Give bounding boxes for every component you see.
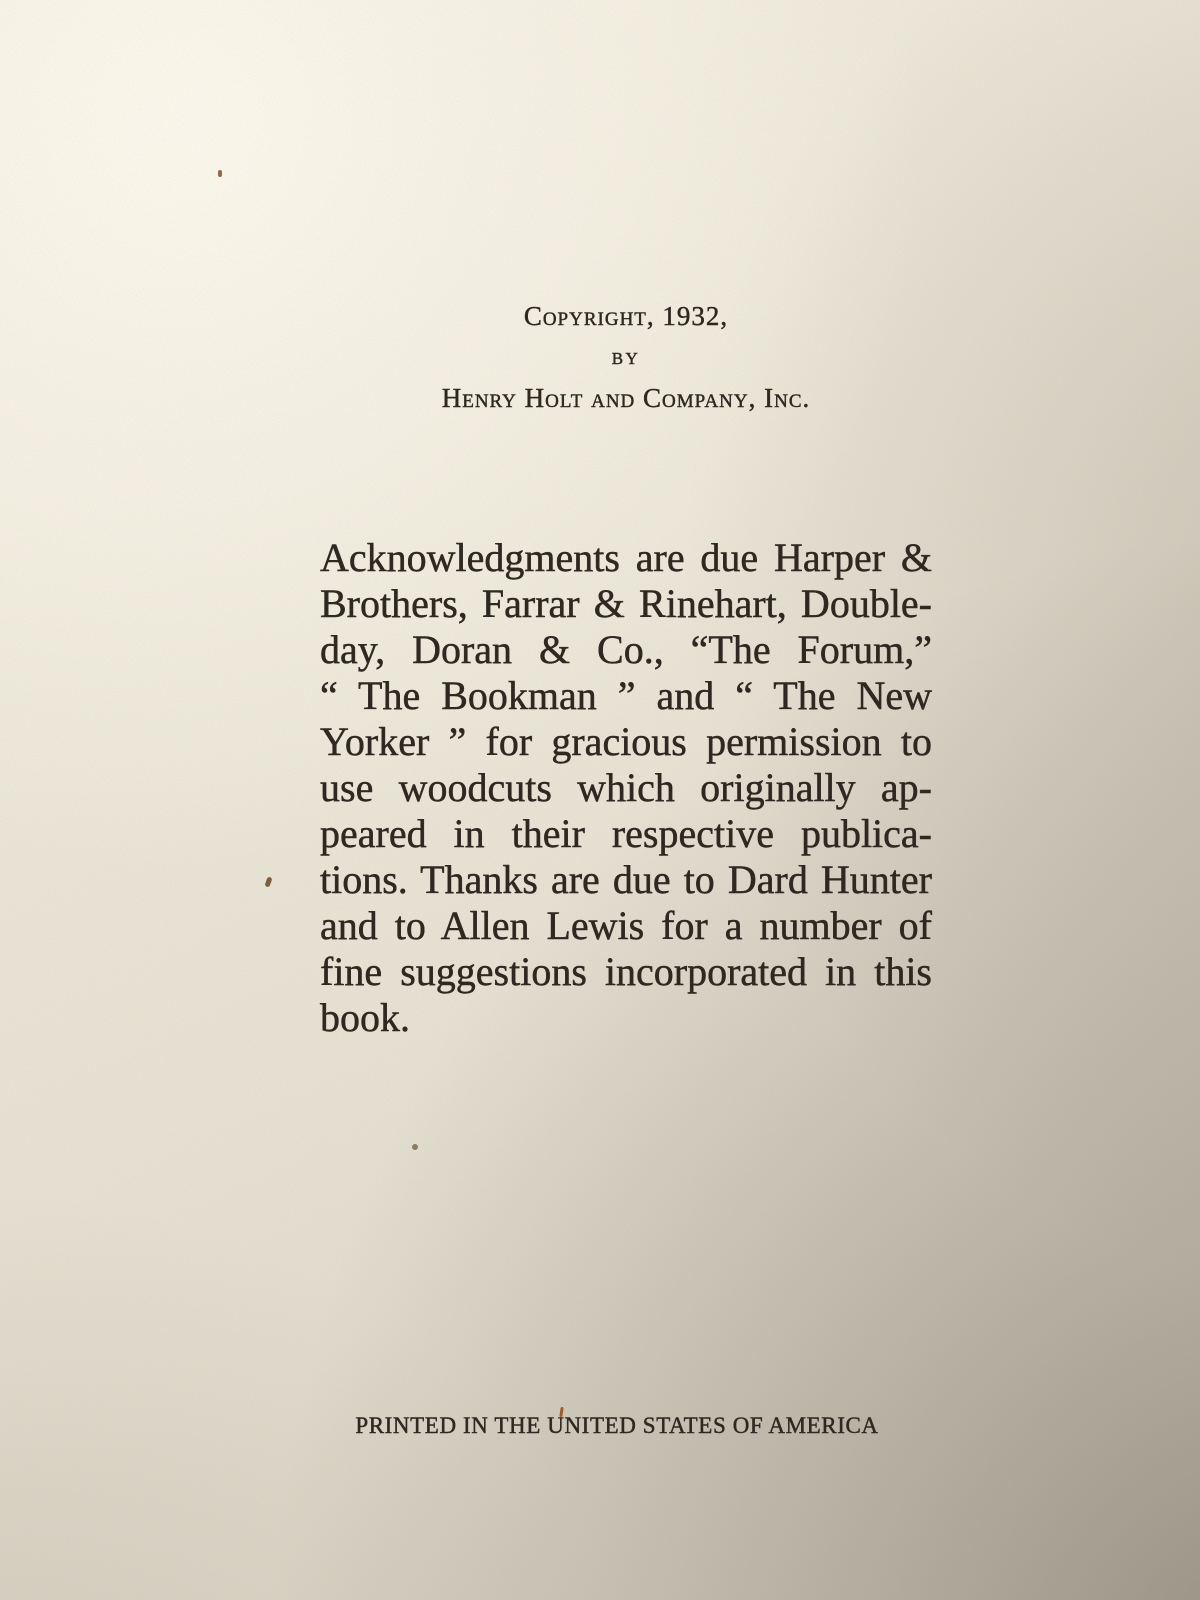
printer-imprint-line: PRINTED IN THE UNITED STATES OF AMERICA	[311, 1412, 923, 1440]
publisher-line: Henry Holt and Company, Inc.	[320, 378, 932, 419]
copyright-year-line: Copyright, 1932,	[320, 296, 932, 337]
acknowledgment-line: book.	[320, 995, 932, 1041]
acknowledgment-line: fine suggestions incorporated in this	[320, 949, 932, 995]
acknowledgment-line: tions. Thanks are due to Dard Hunter	[320, 857, 932, 903]
paper-speck	[412, 1144, 418, 1150]
acknowledgment-line: and to Allen Lewis for a number of	[320, 903, 932, 949]
acknowledgments-paragraph: Acknowledgments are due Harper & Brother…	[320, 535, 932, 1041]
acknowledgment-line: Brothers, Farrar & Rinehart, Double-	[320, 581, 932, 627]
acknowledgment-line: peared in their respective publica-	[320, 811, 932, 857]
book-copyright-page: Copyright, 1932, by Henry Holt and Compa…	[0, 0, 1200, 1600]
acknowledgment-line: Acknowledgments are due Harper &	[320, 535, 932, 581]
acknowledgment-line: “ The Bookman ” and “ The New	[320, 673, 932, 719]
paper-speck	[218, 170, 222, 177]
copyright-block: Copyright, 1932, by Henry Holt and Compa…	[320, 296, 932, 419]
copyright-by-line: by	[320, 337, 932, 378]
acknowledgment-line: day, Doran & Co., “The Forum,”	[320, 627, 932, 673]
paper-speck	[264, 876, 272, 887]
acknowledgment-line: use woodcuts which originally ap-	[320, 765, 932, 811]
acknowledgment-line: Yorker ” for gracious permission to	[320, 719, 932, 765]
